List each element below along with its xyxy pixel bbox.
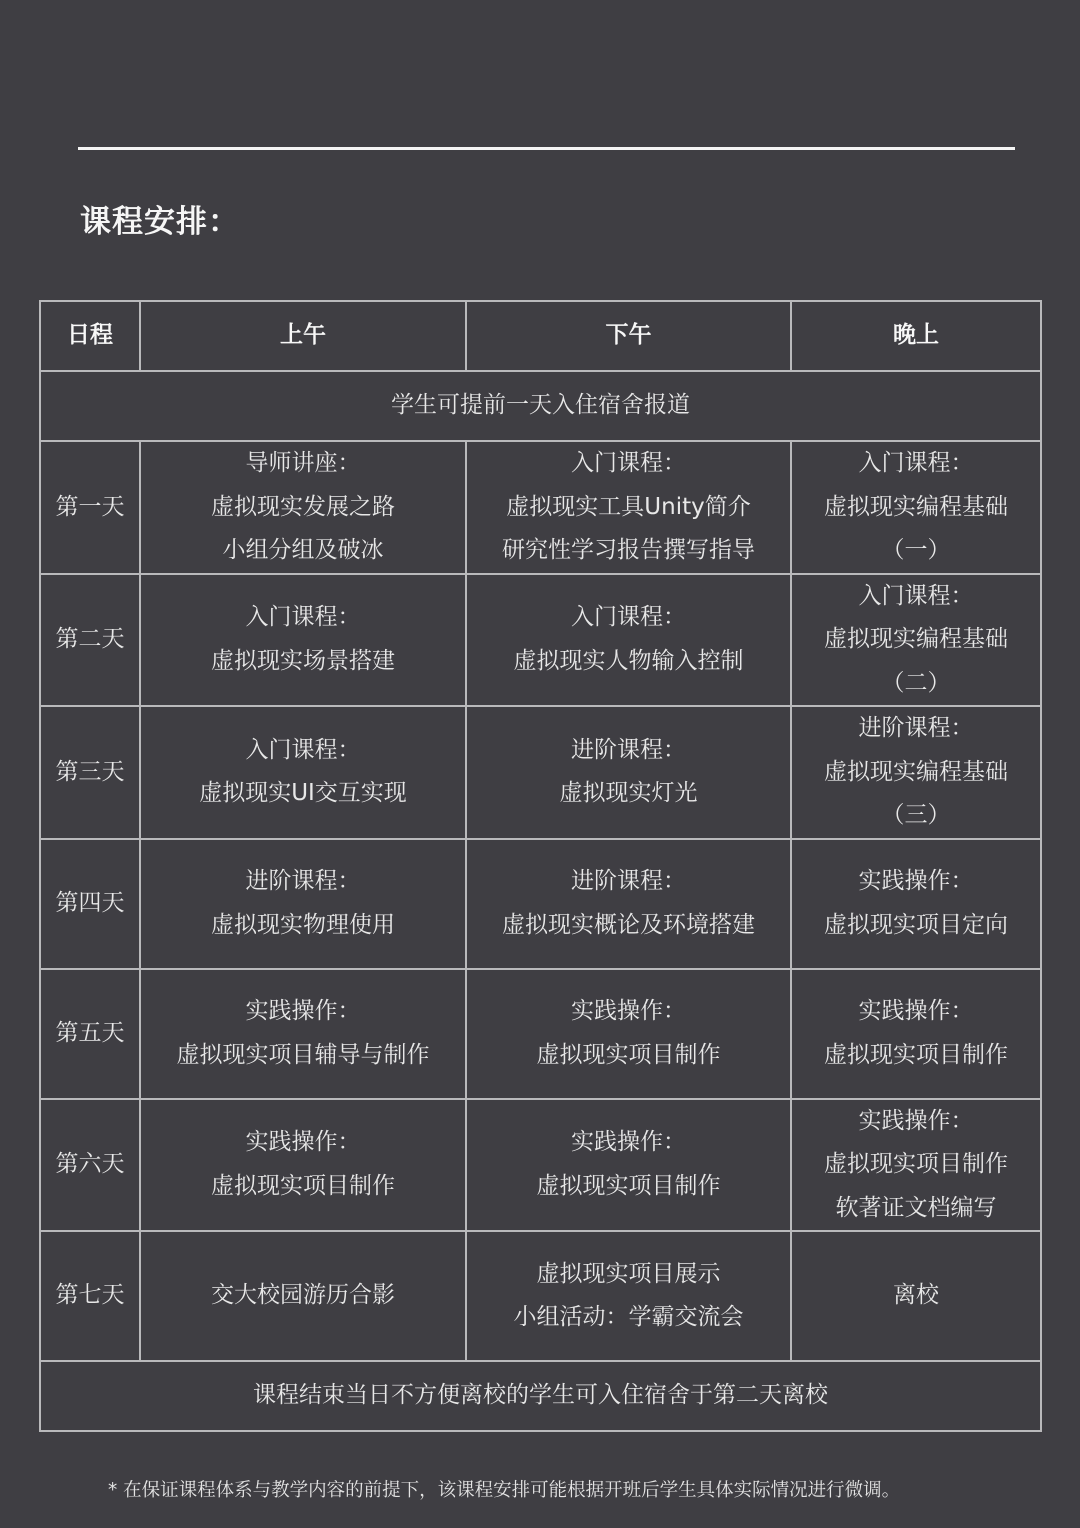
cell-line: 入门课程： bbox=[141, 729, 465, 773]
cell-line: 进阶课程： bbox=[467, 860, 790, 904]
cell-line: 小组活动：学霸交流会 bbox=[467, 1296, 790, 1340]
day-label: 第七天 bbox=[40, 1231, 140, 1361]
evening-cell: 入门课程： 虚拟现实编程基础 （二） bbox=[791, 574, 1041, 707]
departure-notice: 课程结束当日不方便离校的学生可入住宿舍于第二天离校 bbox=[40, 1361, 1041, 1431]
cell-line: 交大校园游历合影 bbox=[141, 1274, 465, 1318]
evening-cell: 实践操作： 虚拟现实项目制作 软著证文档编写 bbox=[791, 1099, 1041, 1232]
check-in-notice: 学生可提前一天入住宿舍报道 bbox=[40, 371, 1041, 441]
afternoon-cell: 入门课程： 虚拟现实人物输入控制 bbox=[466, 574, 791, 707]
cell-line: 虚拟现实人物输入控制 bbox=[467, 640, 790, 684]
notice-row-top: 学生可提前一天入住宿舍报道 bbox=[40, 371, 1041, 441]
header-morning: 上午 bbox=[140, 301, 466, 371]
morning-cell: 入门课程： 虚拟现实场景搭建 bbox=[140, 574, 466, 707]
cell-line: 实践操作： bbox=[792, 990, 1040, 1034]
cell-line: （二） bbox=[792, 662, 1040, 706]
afternoon-cell: 虚拟现实项目展示 小组活动：学霸交流会 bbox=[466, 1231, 791, 1361]
day-label: 第四天 bbox=[40, 839, 140, 969]
cell-line: 虚拟现实场景搭建 bbox=[141, 640, 465, 684]
table-row: 第三天 入门课程： 虚拟现实UI交互实现 进阶课程： 虚拟现实灯光 进阶课程： … bbox=[40, 706, 1041, 839]
cell-line: 实践操作： bbox=[792, 1100, 1040, 1144]
cell-line: 导师讲座： bbox=[141, 442, 465, 486]
cell-line: 入门课程： bbox=[141, 596, 465, 640]
afternoon-cell: 实践操作： 虚拟现实项目制作 bbox=[466, 1099, 791, 1232]
afternoon-cell: 入门课程： 虚拟现实工具Unity简介 研究性学习报告撰写指导 bbox=[466, 441, 791, 574]
cell-line: 研究性学习报告撰写指导 bbox=[467, 529, 790, 573]
cell-line: 虚拟现实概论及环境搭建 bbox=[467, 904, 790, 948]
cell-line: 虚拟现实灯光 bbox=[467, 772, 790, 816]
footnote: * 在保证课程体系与教学内容的前提下，该课程安排可能根据开班后学生具体实际情况进… bbox=[108, 1476, 900, 1502]
evening-cell: 离校 bbox=[791, 1231, 1041, 1361]
cell-line: 虚拟现实项目制作 bbox=[792, 1143, 1040, 1187]
cell-line: （一） bbox=[792, 529, 1040, 573]
table-row: 第一天 导师讲座： 虚拟现实发展之路 小组分组及破冰 入门课程： 虚拟现实工具U… bbox=[40, 441, 1041, 574]
table-row: 第七天 交大校园游历合影 虚拟现实项目展示 小组活动：学霸交流会 离校 bbox=[40, 1231, 1041, 1361]
cell-line: 虚拟现实工具Unity简介 bbox=[467, 486, 790, 530]
table-row: 第四天 进阶课程： 虚拟现实物理使用 进阶课程： 虚拟现实概论及环境搭建 实践操… bbox=[40, 839, 1041, 969]
notice-row-bottom: 课程结束当日不方便离校的学生可入住宿舍于第二天离校 bbox=[40, 1361, 1041, 1431]
top-divider bbox=[78, 147, 1015, 150]
day-label: 第五天 bbox=[40, 969, 140, 1099]
cell-line: 进阶课程： bbox=[792, 707, 1040, 751]
table-header-row: 日程 上午 下午 晚上 bbox=[40, 301, 1041, 371]
cell-line: 实践操作： bbox=[792, 860, 1040, 904]
section-title: 课程安排： bbox=[80, 196, 240, 241]
morning-cell: 入门课程： 虚拟现实UI交互实现 bbox=[140, 706, 466, 839]
cell-line: 入门课程： bbox=[467, 442, 790, 486]
course-schedule-table: 日程 上午 下午 晚上 学生可提前一天入住宿舍报道 第一天 导师讲座： 虚拟现实… bbox=[39, 300, 1042, 1432]
day-label: 第三天 bbox=[40, 706, 140, 839]
evening-cell: 实践操作： 虚拟现实项目制作 bbox=[791, 969, 1041, 1099]
evening-cell: 实践操作： 虚拟现实项目定向 bbox=[791, 839, 1041, 969]
cell-line: 虚拟现实项目制作 bbox=[467, 1034, 790, 1078]
cell-line: 虚拟现实项目定向 bbox=[792, 904, 1040, 948]
afternoon-cell: 进阶课程： 虚拟现实概论及环境搭建 bbox=[466, 839, 791, 969]
header-evening: 晚上 bbox=[791, 301, 1041, 371]
cell-line: 虚拟现实项目展示 bbox=[467, 1253, 790, 1297]
table-row: 第五天 实践操作： 虚拟现实项目辅导与制作 实践操作： 虚拟现实项目制作 实践操… bbox=[40, 969, 1041, 1099]
cell-line: 入门课程： bbox=[792, 442, 1040, 486]
cell-line: 虚拟现实项目制作 bbox=[467, 1165, 790, 1209]
afternoon-cell: 实践操作： 虚拟现实项目制作 bbox=[466, 969, 791, 1099]
cell-line: 小组分组及破冰 bbox=[141, 529, 465, 573]
morning-cell: 交大校园游历合影 bbox=[140, 1231, 466, 1361]
evening-cell: 入门课程： 虚拟现实编程基础 （一） bbox=[791, 441, 1041, 574]
cell-line: 入门课程： bbox=[792, 575, 1040, 619]
table-row: 第二天 入门课程： 虚拟现实场景搭建 入门课程： 虚拟现实人物输入控制 入门课程… bbox=[40, 574, 1041, 707]
cell-line: 虚拟现实编程基础 bbox=[792, 618, 1040, 662]
cell-line: 虚拟现实编程基础 bbox=[792, 751, 1040, 795]
cell-line: 离校 bbox=[792, 1274, 1040, 1318]
table-row: 第六天 实践操作： 虚拟现实项目制作 实践操作： 虚拟现实项目制作 实践操作： … bbox=[40, 1099, 1041, 1232]
cell-line: 虚拟现实物理使用 bbox=[141, 904, 465, 948]
morning-cell: 实践操作： 虚拟现实项目制作 bbox=[140, 1099, 466, 1232]
morning-cell: 实践操作： 虚拟现实项目辅导与制作 bbox=[140, 969, 466, 1099]
header-afternoon: 下午 bbox=[466, 301, 791, 371]
cell-line: 实践操作： bbox=[467, 1121, 790, 1165]
cell-line: 虚拟现实编程基础 bbox=[792, 486, 1040, 530]
morning-cell: 进阶课程： 虚拟现实物理使用 bbox=[140, 839, 466, 969]
morning-cell: 导师讲座： 虚拟现实发展之路 小组分组及破冰 bbox=[140, 441, 466, 574]
cell-line: 实践操作： bbox=[141, 990, 465, 1034]
cell-line: （三） bbox=[792, 794, 1040, 838]
cell-line: 虚拟现实项目辅导与制作 bbox=[141, 1034, 465, 1078]
cell-line: 入门课程： bbox=[467, 596, 790, 640]
cell-line: 虚拟现实发展之路 bbox=[141, 486, 465, 530]
cell-line: 实践操作： bbox=[141, 1121, 465, 1165]
cell-line: 进阶课程： bbox=[141, 860, 465, 904]
day-label: 第二天 bbox=[40, 574, 140, 707]
cell-line: 虚拟现实项目制作 bbox=[141, 1165, 465, 1209]
evening-cell: 进阶课程： 虚拟现实编程基础 （三） bbox=[791, 706, 1041, 839]
cell-line: 虚拟现实UI交互实现 bbox=[141, 772, 465, 816]
cell-line: 虚拟现实项目制作 bbox=[792, 1034, 1040, 1078]
afternoon-cell: 进阶课程： 虚拟现实灯光 bbox=[466, 706, 791, 839]
cell-line: 进阶课程： bbox=[467, 729, 790, 773]
cell-line: 软著证文档编写 bbox=[792, 1187, 1040, 1231]
cell-line: 实践操作： bbox=[467, 990, 790, 1034]
header-schedule: 日程 bbox=[40, 301, 140, 371]
day-label: 第一天 bbox=[40, 441, 140, 574]
day-label: 第六天 bbox=[40, 1099, 140, 1232]
